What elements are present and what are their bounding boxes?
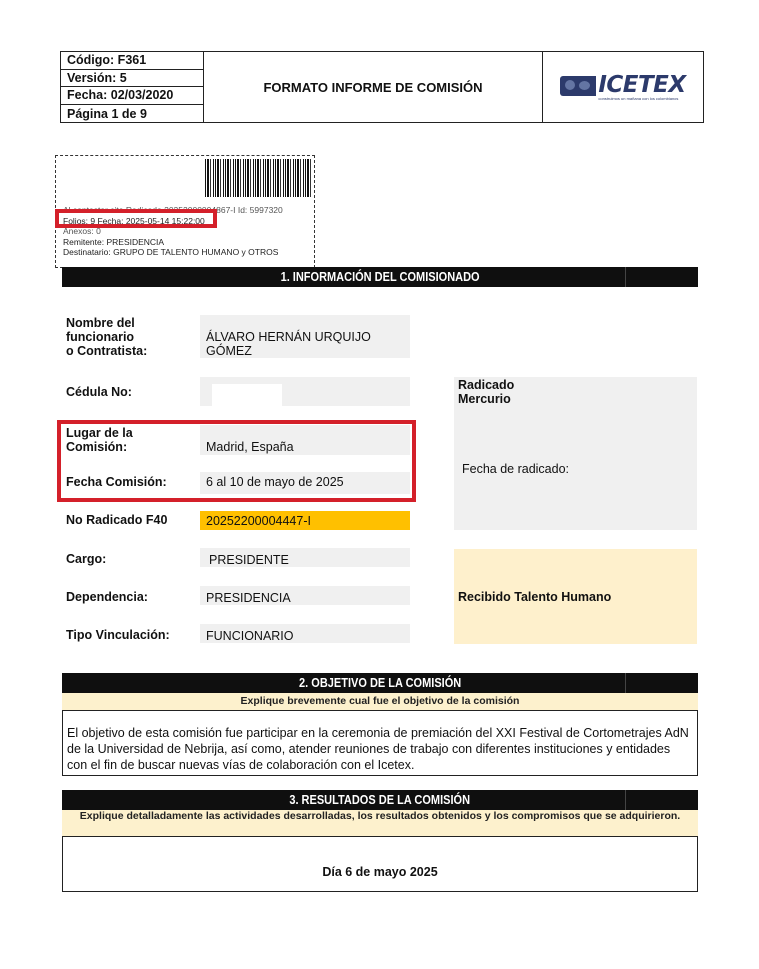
globe-icon <box>560 76 596 96</box>
label-dependencia: Dependencia: <box>66 590 148 604</box>
fecha: Fecha: 02/03/2020 <box>61 87 203 105</box>
section-header-informacion: 1. INFORMACIÓN DEL COMISIONADO <box>62 267 698 287</box>
document-meta: Código: F361 Versión: 5 Fecha: 02/03/202… <box>61 52 204 122</box>
pagina: Página 1 de 9 <box>61 105 203 124</box>
label-radicado-f40: No Radicado F40 <box>66 513 167 527</box>
section-header-resultados: 3. RESULTADOS DE LA COMISIÓN <box>62 790 698 810</box>
version: Versión: 5 <box>61 70 203 88</box>
recibido-talento-humano-box: Recibido Talento Humano <box>454 549 697 644</box>
document-header: Código: F361 Versión: 5 Fecha: 02/03/202… <box>60 51 704 123</box>
section-header-objetivo: 2. OBJETIVO DE LA COMISIÓN <box>62 673 698 693</box>
field-nombre[interactable]: ÁLVARO HERNÁN URQUIJO GÓMEZ <box>200 315 410 358</box>
day-heading: Día 6 de mayo 2025 <box>322 865 437 879</box>
logo-wordmark: ICETEX <box>598 74 685 96</box>
label-tipo-vinculacion: Tipo Vinculación: <box>66 628 170 642</box>
annotation-highlight-folios <box>55 209 217 228</box>
annotation-highlight-lugar-fecha <box>57 420 416 502</box>
label-radicado-mercurio: Radicado Mercurio <box>458 378 514 406</box>
field-radicado-f40[interactable]: 20252200004447-I <box>200 511 410 530</box>
field-dependencia[interactable]: PRESIDENCIA <box>200 586 410 605</box>
codigo: Código: F361 <box>61 52 203 70</box>
instruction-resultados: Explique detalladamente las actividades … <box>62 810 698 837</box>
label-cedula: Cédula No: <box>66 385 132 399</box>
logo-tagline: construimos un mañana con los colombiano… <box>598 96 685 101</box>
instruction-objetivo: Explique brevemente cual fue el objetivo… <box>62 693 698 710</box>
label-fecha-radicado: Fecha de radicado: <box>462 462 569 476</box>
barcode-icon <box>205 159 313 197</box>
label-cargo: Cargo: <box>66 552 106 566</box>
radicado-mercurio-box: Radicado Mercurio Fecha de radicado: <box>454 377 697 530</box>
sticker-remitente-line: Remitente: PRESIDENCIA <box>63 237 283 248</box>
label-recibido-talento-humano: Recibido Talento Humano <box>458 590 611 604</box>
resultados-text[interactable]: Día 6 de mayo 2025 <box>62 836 698 892</box>
field-cargo[interactable]: PRESIDENTE <box>200 548 410 567</box>
document-title: FORMATO INFORME DE COMISIÓN <box>204 52 543 122</box>
field-tipo-vinculacion[interactable]: FUNCIONARIO <box>200 624 410 643</box>
label-nombre: Nombre del funcionario o Contratista: <box>66 316 147 358</box>
sticker-destinatario-line: Destinatario: GRUPO DE TALENTO HUMANO y … <box>63 247 283 258</box>
objetivo-text[interactable]: El objetivo de esta comisión fue partici… <box>62 710 698 776</box>
redacted-cedula <box>212 384 282 407</box>
icetex-logo: ICETEX construimos un mañana con los col… <box>543 52 703 122</box>
